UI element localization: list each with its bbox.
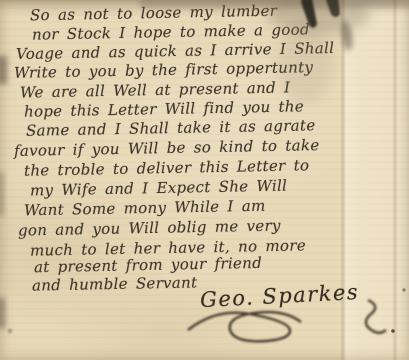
letter-page: So as not to loose my lumber nor Stock I… <box>0 0 409 360</box>
left-edge-mark-2 <box>0 172 4 216</box>
right-margin-dot <box>391 329 395 333</box>
left-edge-mark-1 <box>0 56 7 84</box>
right-edge-dot <box>402 288 405 291</box>
ink-streak-2 <box>326 0 340 17</box>
letter-line: and humble Servant <box>32 273 198 295</box>
signature: Geo. Sparkes <box>199 280 359 312</box>
signature-flourish <box>188 312 301 341</box>
stray-ink-dot <box>8 329 12 333</box>
right-margin-scribble <box>366 300 386 333</box>
left-edge-mark-3 <box>0 298 5 328</box>
ink-smudge-comma <box>342 20 352 50</box>
